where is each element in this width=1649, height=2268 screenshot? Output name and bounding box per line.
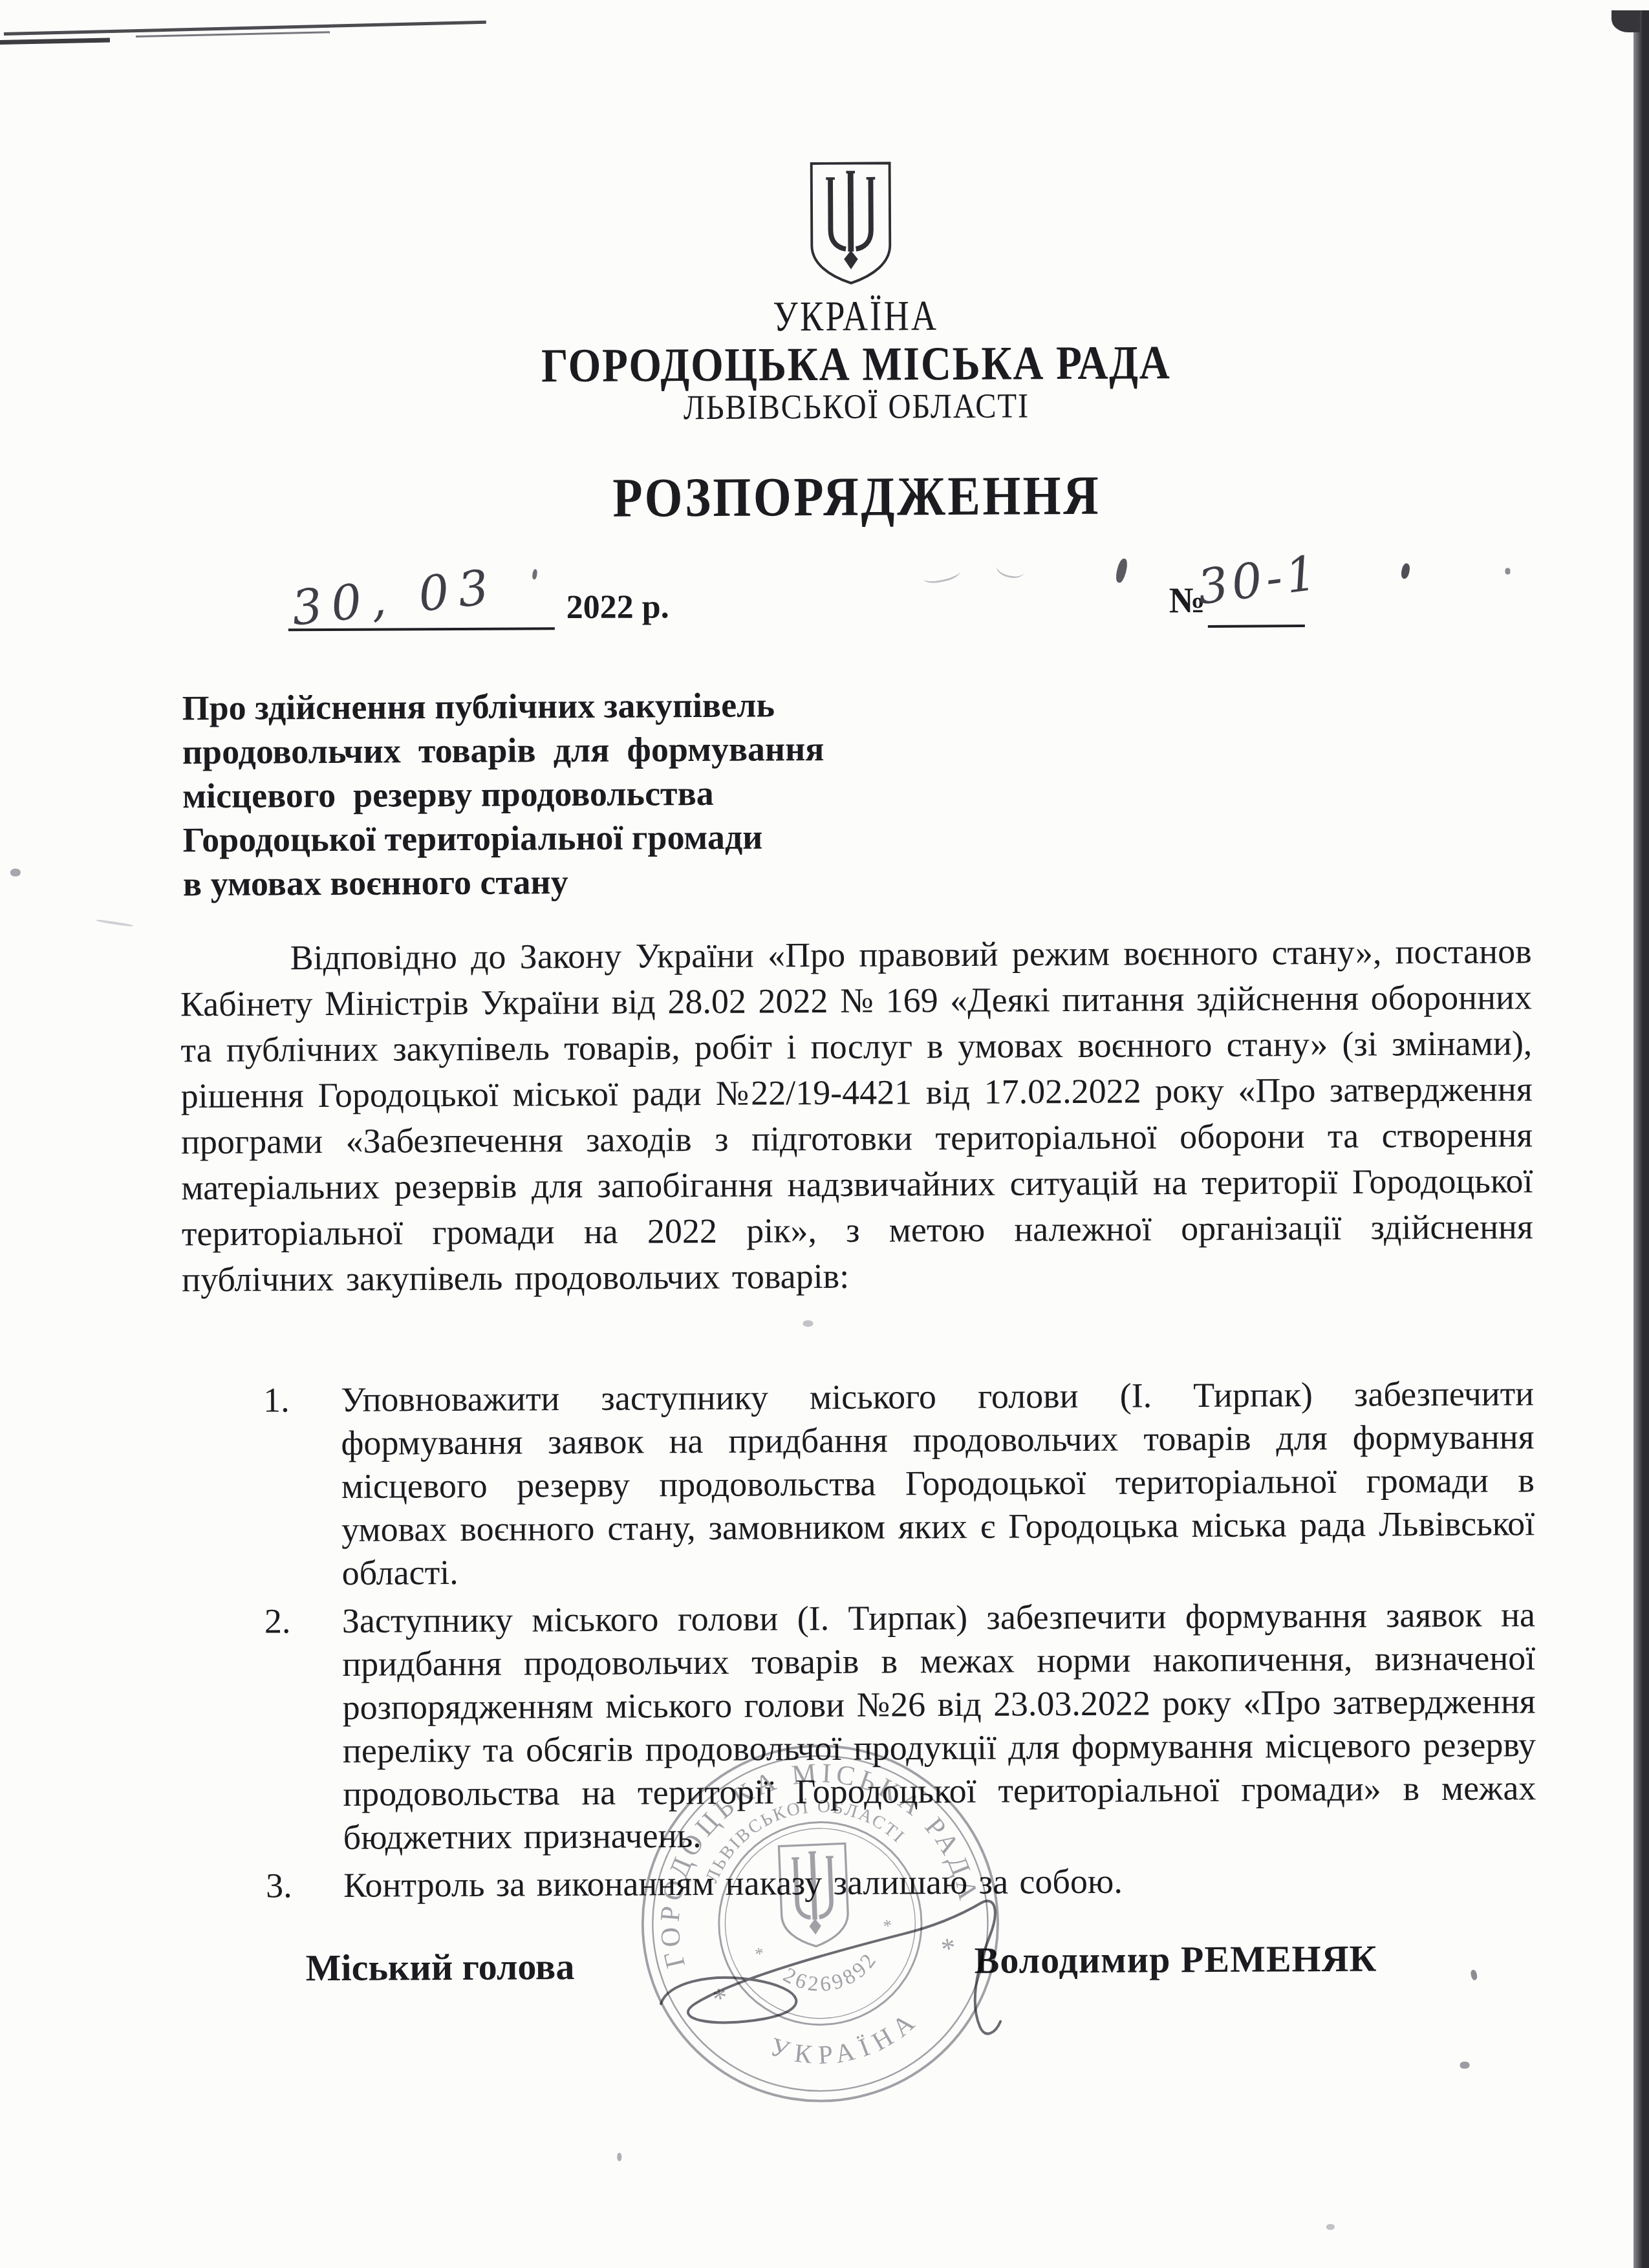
- signatory-name: Володимир РЕМЕНЯК: [975, 1937, 1377, 1982]
- region-label: ЛЬВІВСЬКОЇ ОБЛАСТІ: [683, 385, 1029, 427]
- body-paragraph: Відповідно до Закону України «Про правов…: [180, 928, 1533, 1303]
- document-content: УКРАЇНА ГОРОДОЦЬКА МІСЬКА РАДА ЛЬВІВСЬКО…: [0, 0, 1649, 2268]
- seal-star-icon: *: [938, 1931, 959, 1966]
- scan-speck: [1326, 2224, 1335, 2230]
- handwritten-date: 30, 03: [289, 559, 501, 637]
- seal-tryzub-icon: [779, 1843, 849, 1947]
- list-item: 1. Уповноважити заступнику міського голо…: [263, 1372, 1535, 1595]
- date-year: 2022 р.: [566, 588, 669, 626]
- seal-code: 26269892: [775, 1944, 887, 2006]
- seal-star-icon: *: [881, 1916, 894, 1936]
- list-item-text: Уповноважити заступнику міського голови …: [341, 1374, 1535, 1592]
- pen-mark: [1114, 557, 1129, 583]
- faint-pen-mark: [922, 564, 962, 586]
- subject-line: Городоцької територіальної громади: [182, 814, 907, 862]
- scan-speck: [1470, 1969, 1478, 1981]
- scan-speck: [96, 919, 133, 927]
- list-item-number: 3.: [266, 1864, 292, 1907]
- subject-line: Про здійснення публічних закупівель: [182, 682, 906, 730]
- document-type-title: РОЗПОРЯДЖЕННЯ: [65, 460, 1649, 533]
- coat-of-arms-icon: [806, 159, 896, 286]
- list-item-number: 1.: [263, 1378, 290, 1422]
- date-underline: [288, 627, 555, 631]
- scan-speck: [617, 2153, 621, 2161]
- scan-speck: [803, 1320, 814, 1327]
- subject-line: продовольчих товарів для формування: [182, 726, 907, 774]
- scan-speck: [1460, 2062, 1470, 2069]
- seal-star-icon: *: [710, 1981, 731, 2016]
- pen-mark: [1400, 562, 1411, 579]
- subject-line: в умовах воєнного стану: [183, 858, 907, 906]
- number-underline: [1208, 625, 1305, 628]
- faint-pen-mark: [995, 557, 1026, 581]
- scan-speck: [10, 869, 21, 877]
- header-region: ЛЬВІВСЬКОЇ ОБЛАСТІ: [64, 382, 1648, 431]
- svg-text:ГОРОДОЦЬКА МІСЬКА РАДА: ГОРОДОЦЬКА МІСЬКА РАДА: [623, 1726, 984, 1971]
- list-item-number: 2.: [264, 1599, 291, 1643]
- scan-speck: [532, 569, 537, 580]
- seal-ring-text: ГОРОДОЦЬКА МІСЬКА РАДА: [623, 1726, 984, 1971]
- handwritten-number: 30-1: [1194, 545, 1324, 615]
- svg-text:26269892: 26269892: [775, 1944, 887, 2006]
- country-label: УКРАЇНА: [773, 292, 938, 341]
- scan-speck: [1505, 568, 1510, 574]
- scanned-decree-page: УКРАЇНА ГОРОДОЦЬКА МІСЬКА РАДА ЛЬВІВСЬКО…: [0, 0, 1649, 2268]
- signatory-title: Міський голова: [306, 1945, 575, 1989]
- doc-type-label: РОЗПОРЯДЖЕННЯ: [612, 463, 1101, 530]
- subject-block: Про здійснення публічних закупівель прод…: [182, 682, 907, 906]
- round-official-seal: ГОРОДОЦЬКА МІСЬКА РАДА ЛЬВІВСЬКОЇ ОБЛАСТ…: [597, 1700, 1043, 2146]
- seal-star-icon: *: [753, 1943, 766, 1964]
- subject-line: місцевого резерву продовольства: [182, 770, 907, 818]
